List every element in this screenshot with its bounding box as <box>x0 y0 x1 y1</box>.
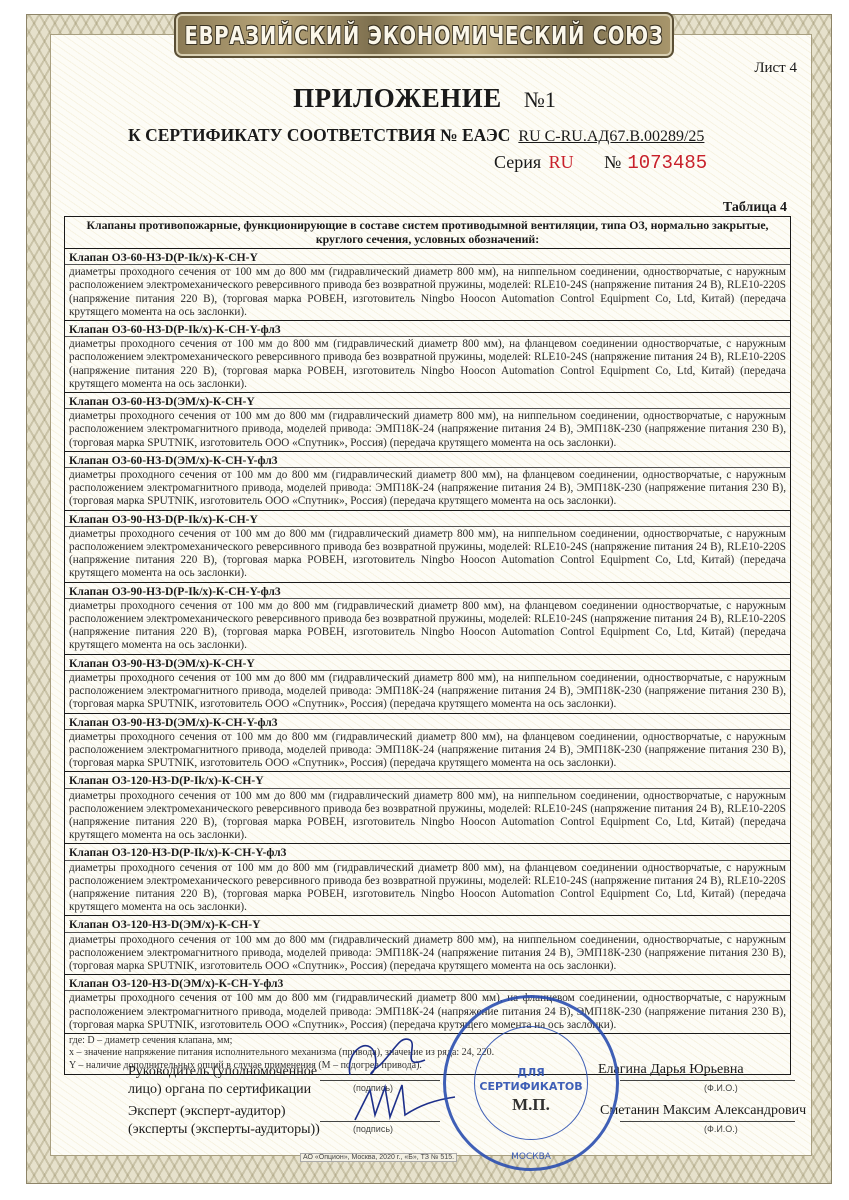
table-row: Клапан ОЗ-60-НЗ-D(ЭМ/x)-К-СН-Y-фл3диамет… <box>65 452 790 511</box>
expert-role-line: (эксперты (эксперты-аудиторы)) <box>128 1121 320 1139</box>
certificate-label: К СЕРТИФИКАТУ СООТВЕТСТВИЯ № ЕАЭС <box>128 125 510 145</box>
valve-name: Клапан ОЗ-90-НЗ-D(ЭМ/x)-К-СН-Y-фл3 <box>65 714 790 730</box>
valve-name: Клапан ОЗ-120-НЗ-D(Р-Ik/x)-К-СН-Y <box>65 772 790 788</box>
head-role-line: лицо) органа по сертификации <box>128 1081 317 1099</box>
union-banner: ЕВРАЗИЙСКИЙ ЭКОНОМИЧЕСКИЙ СОЮЗ <box>174 12 674 58</box>
head-name: Елагина Дарья Юрьевна <box>598 1062 744 1078</box>
form-number: 1073485 <box>627 152 707 174</box>
page-title: ПРИЛОЖЕНИЕ№1 <box>0 83 849 114</box>
printer-imprint: АО «Опцион», Москва, 2020 г., «Б», ТЗ № … <box>300 1153 457 1162</box>
head-role: Руководитель (уполномоченное лицо) орган… <box>128 1063 317 1099</box>
table-row: Клапан ОЗ-120-НЗ-D(ЭМ/x)-К-СН-Y-фл3диаме… <box>65 975 790 1034</box>
stamp-mp: М.П. <box>446 1095 616 1115</box>
table-row: Клапан ОЗ-90-НЗ-D(ЭМ/x)-К-СН-Yдиаметры п… <box>65 655 790 714</box>
expert-role: Эксперт (эксперт-аудитор) (эксперты (экс… <box>128 1103 320 1139</box>
title-text: ПРИЛОЖЕНИЕ <box>293 83 502 113</box>
valve-description: диаметры проходного сечения от 100 мм до… <box>65 599 790 654</box>
table-row: Клапан ОЗ-90-НЗ-D(ЭМ/x)-К-СН-Y-фл3диамет… <box>65 714 790 773</box>
stamp-line: СЕРТИФИКАТОВ <box>446 1080 616 1093</box>
valve-description: диаметры проходного сечения от 100 мм до… <box>65 730 790 772</box>
valve-description: диаметры проходного сечения от 100 мм до… <box>65 789 790 844</box>
valve-name: Клапан ОЗ-120-НЗ-D(ЭМ/x)-К-СН-Y-фл3 <box>65 975 790 991</box>
valve-name: Клапан ОЗ-90-НЗ-D(ЭМ/x)-К-СН-Y <box>65 655 790 671</box>
table-row: Клапан ОЗ-120-НЗ-D(Р-Ik/x)-К-СН-Yдиаметр… <box>65 772 790 844</box>
valve-description: диаметры проходного сечения от 100 мм до… <box>65 265 790 320</box>
table-row: Клапан ОЗ-90-НЗ-D(Р-Ik/x)-К-СН-Yдиаметры… <box>65 511 790 583</box>
series-label: Серия <box>494 152 541 172</box>
valve-description: диаметры проходного сечения от 100 мм до… <box>65 468 790 510</box>
fio-caption: (Ф.И.О.) <box>704 1083 738 1093</box>
valve-description: диаметры проходного сечения от 100 мм до… <box>65 671 790 713</box>
stamp-city: МОСКВА <box>446 1152 616 1162</box>
valve-description: диаметры проходного сечения от 100 мм до… <box>65 337 790 392</box>
banner-text: ЕВРАЗИЙСКИЙ ЭКОНОМИЧЕСКИЙ СОЮЗ <box>185 21 664 50</box>
table-row: Клапан ОЗ-120-НЗ-D(Р-Ik/x)-К-СН-Y-фл3диа… <box>65 844 790 916</box>
valve-description: диаметры проходного сечения от 100 мм до… <box>65 991 790 1033</box>
valve-description: диаметры проходного сечения от 100 мм до… <box>65 861 790 916</box>
table-row: Клапан ОЗ-60-НЗ-D(ЭМ/x)-К-СН-Yдиаметры п… <box>65 393 790 452</box>
stamp-line: ДЛЯ <box>446 1066 616 1079</box>
valve-name: Клапан ОЗ-120-НЗ-D(ЭМ/x)-К-СН-Y <box>65 916 790 932</box>
valve-description: диаметры проходного сечения от 100 мм до… <box>65 409 790 451</box>
valve-name: Клапан ОЗ-60-НЗ-D(Р-Ik/x)-К-СН-Y-фл3 <box>65 321 790 337</box>
table-row: Клапан ОЗ-60-НЗ-D(Р-Ik/x)-К-СН-Yдиаметры… <box>65 249 790 321</box>
sheet-number: Лист 4 <box>754 60 797 77</box>
table-label: Таблица 4 <box>723 200 787 216</box>
valve-description: диаметры проходного сечения от 100 мм до… <box>65 933 790 975</box>
table-heading: Клапаны противопожарные, функционирующие… <box>65 217 790 249</box>
expert-name: Сметанин Максим Александрович <box>600 1103 806 1119</box>
expert-role-line: Эксперт (эксперт-аудитор) <box>128 1103 320 1121</box>
head-role-line: Руководитель (уполномоченное <box>128 1063 317 1081</box>
valve-name: Клапан ОЗ-90-НЗ-D(Р-Ik/x)-К-СН-Y <box>65 511 790 527</box>
fio-caption: (Ф.И.О.) <box>704 1124 738 1134</box>
fio-line <box>620 1080 795 1081</box>
certificate-reference: К СЕРТИФИКАТУ СООТВЕТСТВИЯ № ЕАЭСRU C-RU… <box>128 125 704 146</box>
valve-name: Клапан ОЗ-60-НЗ-D(ЭМ/x)-К-СН-Y-фл3 <box>65 452 790 468</box>
series-line: Серия RU №1073485 <box>494 152 707 174</box>
number-label: № <box>604 152 621 172</box>
series-value: RU <box>549 152 574 172</box>
certificate-number: RU C-RU.АД67.В.00289/25 <box>518 128 704 145</box>
official-stamp: ДЛЯ СЕРТИФИКАТОВ М.П. МОСКВА <box>443 995 619 1171</box>
valve-name: Клапан ОЗ-90-НЗ-D(Р-Ik/x)-К-СН-Y-фл3 <box>65 583 790 599</box>
title-number: №1 <box>524 87 556 112</box>
table-row: Клапан ОЗ-90-НЗ-D(Р-Ik/x)-К-СН-Y-фл3диам… <box>65 583 790 655</box>
fio-line <box>620 1121 795 1122</box>
valves-table: Клапаны противопожарные, функционирующие… <box>64 216 791 1075</box>
valve-name: Клапан ОЗ-120-НЗ-D(Р-Ik/x)-К-СН-Y-фл3 <box>65 844 790 860</box>
valve-name: Клапан ОЗ-60-НЗ-D(Р-Ik/x)-К-СН-Y <box>65 249 790 265</box>
table-row: Клапан ОЗ-60-НЗ-D(Р-Ik/x)-К-СН-Y-фл3диам… <box>65 321 790 393</box>
valve-description: диаметры проходного сечения от 100 мм до… <box>65 527 790 582</box>
table-row: Клапан ОЗ-120-НЗ-D(ЭМ/x)-К-СН-Yдиаметры … <box>65 916 790 975</box>
valve-name: Клапан ОЗ-60-НЗ-D(ЭМ/x)-К-СН-Y <box>65 393 790 409</box>
